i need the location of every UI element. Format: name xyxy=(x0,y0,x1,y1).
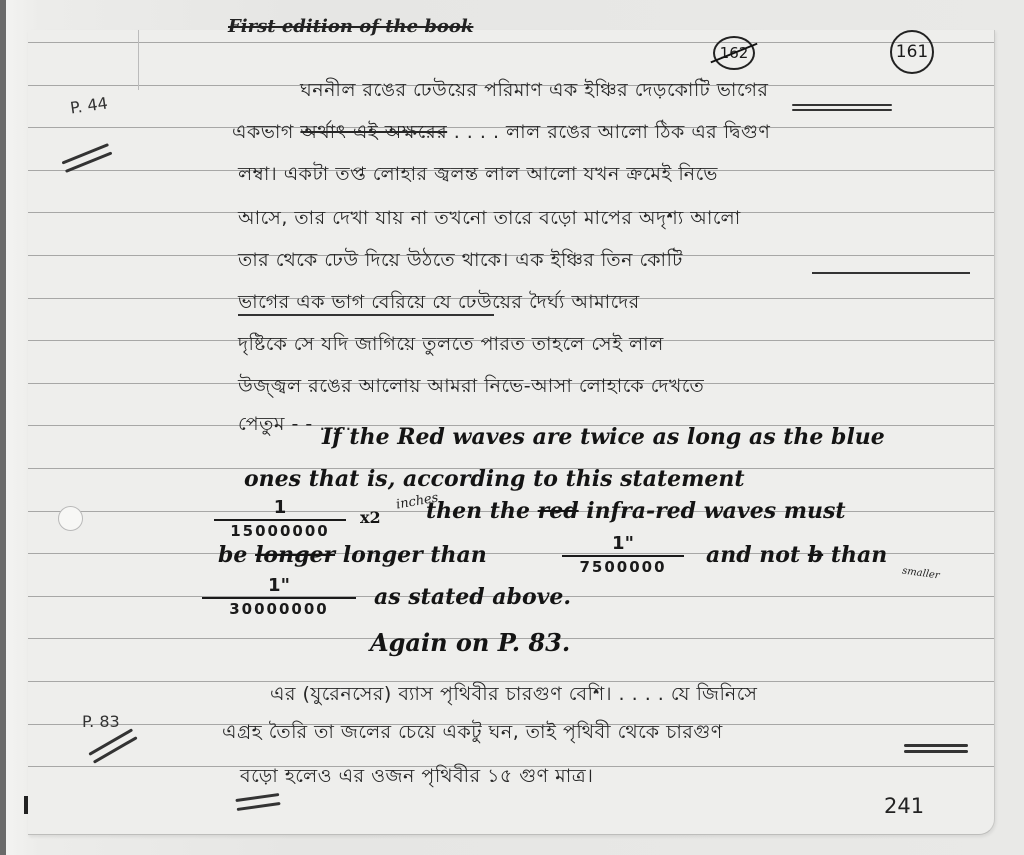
underline-mark xyxy=(812,272,970,274)
struck-text: b xyxy=(808,542,823,568)
struck-page-number: 162 xyxy=(713,36,755,70)
double-underline-mark xyxy=(904,744,968,753)
bengali-line-12: বড়ো হলেও এর ওজন পৃথিবীর ১৫ গুণ মাত্র। xyxy=(240,762,593,794)
bengali-line-7: দৃষ্টিকে সে যদি জাগিয়ে তুলতে পারত তাহলে… xyxy=(238,330,664,362)
bengali-line-11: এগ্রহ তৈরি তা জলের চেয়ে একটু ঘন, তাই পৃ… xyxy=(222,718,723,750)
underline-mark xyxy=(238,314,494,316)
struck-text: longer xyxy=(255,542,335,568)
bengali-line-1: ঘননীল রঙের ঢেউয়ের পরিমাণ এক ইঞ্চির দেড়… xyxy=(300,76,768,108)
struck-text: red xyxy=(538,498,579,524)
circled-page-number: 161 xyxy=(890,30,934,74)
punch-hole xyxy=(58,506,83,531)
multiplier: x2 xyxy=(360,508,381,527)
struck-text: অর্থাৎ এই অক্ষরের xyxy=(300,121,447,143)
english-line-1: If the Red waves are twice as long as th… xyxy=(322,424,885,450)
english-line-4: be longer longer than xyxy=(218,542,487,568)
bengali-line-10: এর (যুরেনসের) ব্যাস পৃথিবীর চারগুণ বেশি।… xyxy=(270,680,757,712)
ink-blot xyxy=(24,796,28,814)
fraction-1-over-30000000: 1" 30000000 xyxy=(202,576,356,618)
fraction-1-over-15000000: 1 15000000 xyxy=(214,498,346,540)
english-line-3: then the red infra-red waves must xyxy=(426,498,846,524)
ruled-line xyxy=(28,42,994,43)
bengali-line-2: একভাগ অর্থাৎ এই অক্ষরের . . . . লাল রঙের… xyxy=(232,118,770,150)
bengali-line-4: আসে, তার দেখা যায় না তখনো তারে বড়ো মাপ… xyxy=(238,204,741,236)
fraction-1-over-7500000: 1" 7500000 xyxy=(562,534,684,576)
bengali-line-5: তার থেকে ঢেউ দিয়ে উঠতে থাকে। এক ইঞ্চির … xyxy=(238,246,683,278)
scan-edge xyxy=(0,0,6,855)
margin-crease xyxy=(138,30,139,90)
english-line-5: as stated above. xyxy=(374,584,571,610)
english-line-2: ones that is, according to this statemen… xyxy=(244,466,745,492)
bengali-line-8: উজ্জ্বল রঙের আলোয় আমরা নিভে-আসা লোহাকে … xyxy=(238,372,704,404)
struck-heading: First edition of the book xyxy=(228,16,473,37)
bottom-page-number: 241 xyxy=(884,794,924,818)
margin-ref-p83: P. 83 xyxy=(82,712,120,731)
english-line-4-end: and not b than xyxy=(706,542,887,568)
cross-reference-note: Again on P. 83. xyxy=(370,628,570,657)
bengali-line-3: লম্বা। একটা তপ্ত লোহার জ্বলন্ত লাল আলো য… xyxy=(238,160,718,192)
double-underline-mark xyxy=(792,104,892,111)
